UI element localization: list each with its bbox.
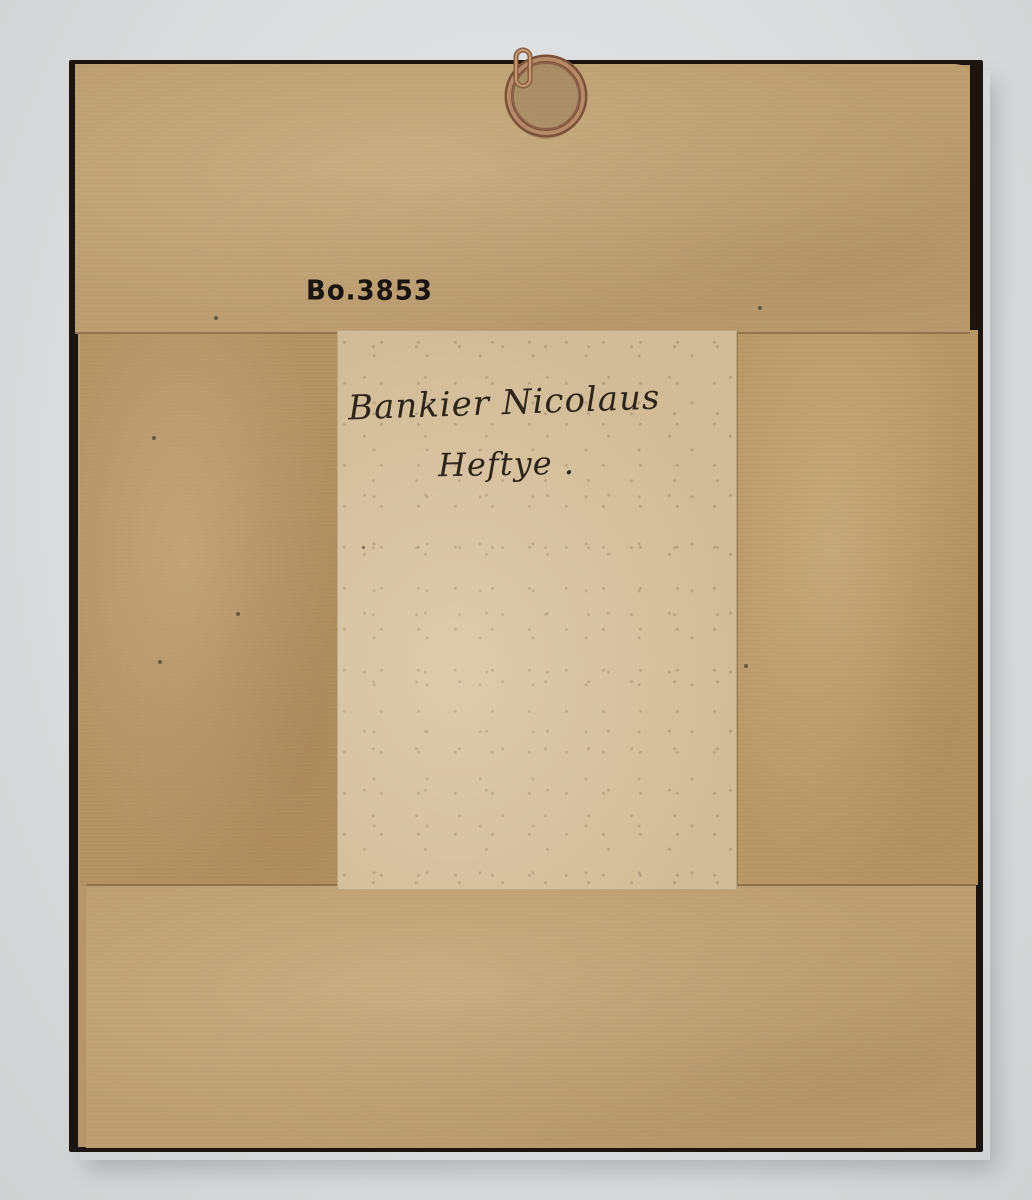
paper-tape-left <box>80 334 343 886</box>
stain-spot <box>758 306 762 310</box>
brass-ring-icon[interactable] <box>500 44 600 144</box>
paper-tape-bottom <box>86 884 976 1148</box>
stain-spot <box>236 612 240 616</box>
stain-spot <box>744 664 748 668</box>
stain-spot <box>152 436 156 440</box>
catalog-number: Bo.3853 <box>306 275 433 307</box>
stain-spot <box>158 660 162 664</box>
stain-spot <box>214 316 218 320</box>
paper-tape-right <box>737 330 978 885</box>
inscription-line-2: Heftye . <box>438 444 576 484</box>
stain-spot <box>362 546 365 549</box>
